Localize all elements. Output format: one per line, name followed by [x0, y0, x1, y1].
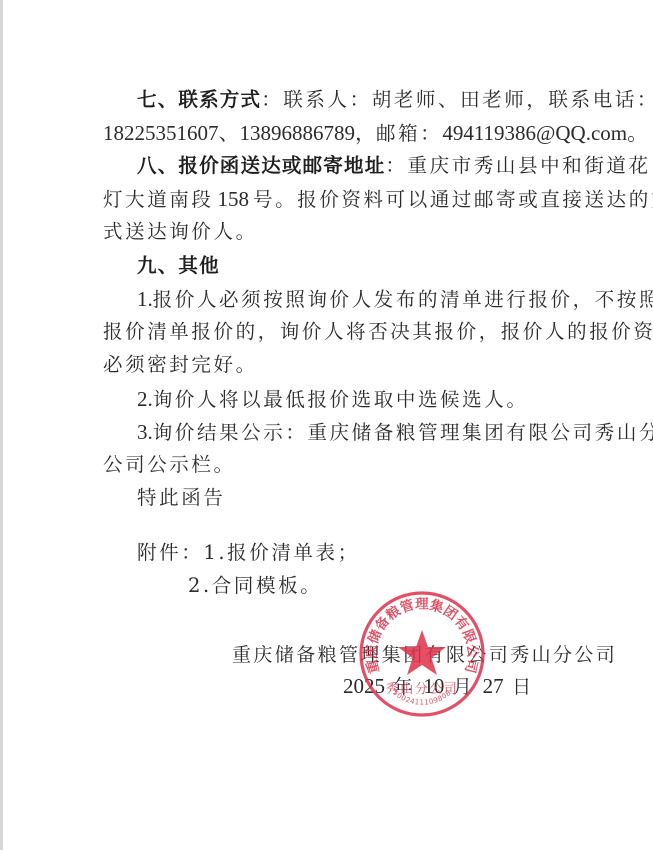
- section-9-item-3-line-2: 公司公示栏。: [103, 453, 236, 477]
- item-2-number: 2.: [137, 387, 153, 411]
- attachment-2: 2.合同模板。: [188, 574, 322, 597]
- date-year: 2025: [343, 674, 385, 698]
- section-8-address-number: 158: [218, 187, 250, 211]
- section-7-email-label: 邮箱：: [376, 122, 442, 145]
- item-3-text-2: 公司公示栏。: [103, 453, 236, 476]
- section-8-address-part-1: 重庆市秀山县中和街道花: [408, 154, 651, 177]
- date-day: 27: [483, 674, 504, 698]
- section-8-address-part-2: 灯大道南段: [103, 188, 214, 211]
- attachments-line-2: 2.合同模板。: [188, 574, 322, 598]
- attachment-1: 1.报价清单表；: [203, 541, 359, 564]
- section-9-heading: 九、其他: [137, 254, 220, 277]
- section-7-contact-text: 联系人：胡老师、田老师，联系电话：: [283, 88, 653, 111]
- section-9-item-1-line-3: 必须密封完好。: [103, 353, 258, 377]
- section-8-heading: 八、报价函送达或邮寄地址: [137, 154, 385, 177]
- signature-date: 2025 年 10 月 27 日: [343, 674, 533, 699]
- item-1-text-1: 报价人必须按照询价人发布的清单进行报价，不按照: [153, 288, 653, 311]
- attachments-line-1: 附件：1.报价清单表；: [137, 541, 360, 565]
- closing-line: 特此函告: [137, 486, 225, 510]
- section-7-email: 494119386@QQ.com。: [442, 121, 648, 145]
- date-year-unit: 年: [393, 676, 414, 698]
- section-8-line-3: 式送达询价人。: [103, 220, 258, 244]
- section-8-line-1: 八、报价函送达或邮寄地址：重庆市秀山县中和街道花: [137, 154, 651, 178]
- closing-text: 特此函告: [137, 486, 225, 509]
- signature-organization: 重庆储备粮管理集团有限公司秀山分公司: [232, 643, 617, 667]
- date-day-unit: 日: [512, 676, 533, 698]
- section-9-item-1-line-1: 1.报价人必须按照询价人发布的清单进行报价，不按照: [137, 287, 653, 312]
- section-8-address-part-4: 式送达询价人。: [103, 220, 258, 243]
- item-1-text-3: 必须密封完好。: [103, 353, 258, 376]
- section-7-colon: ：: [261, 88, 283, 111]
- date-month: 10: [423, 674, 444, 698]
- page-left-border: [0, 0, 3, 850]
- date-month-unit: 月: [453, 676, 474, 698]
- section-9-item-1-line-2: 报价清单报价的，询价人将否决其报价，报价人的报价资料: [103, 320, 653, 344]
- section-8-colon: ：: [385, 154, 407, 177]
- section-9-item-2-line-1: 2.询价人将以最低报价选取中选候选人。: [137, 387, 528, 412]
- section-7-line-1: 七、联系方式：联系人：胡老师、田老师，联系电话：: [137, 88, 653, 112]
- section-7-phones: 18225351607、13896886789，: [103, 121, 376, 145]
- section-9-item-3-line-1: 3.询价结果公示：重庆储备粮管理集团有限公司秀山分: [137, 420, 653, 445]
- section-8-line-2: 灯大道南段158号。报价资料可以通过邮寄或直接送达的方: [103, 187, 653, 212]
- section-8-address-part-3: 号。报价资料可以通过邮寄或直接送达的方: [253, 188, 653, 211]
- item-3-text-1: 询价结果公示：重庆储备粮管理集团有限公司秀山分: [153, 421, 653, 444]
- item-2-text-1: 询价人将以最低报价选取中选候选人。: [153, 388, 529, 411]
- attachments-label: 附件：: [137, 541, 203, 564]
- section-7-heading: 七、联系方式: [137, 88, 261, 111]
- section-7-line-2: 18225351607、13896886789，邮箱：494119386@QQ.…: [103, 121, 648, 146]
- item-1-text-2: 报价清单报价的，询价人将否决其报价，报价人的报价资料: [103, 320, 653, 343]
- section-9-heading-line: 九、其他: [137, 254, 220, 278]
- item-3-number: 3.: [137, 420, 153, 444]
- item-1-number: 1.: [137, 287, 153, 311]
